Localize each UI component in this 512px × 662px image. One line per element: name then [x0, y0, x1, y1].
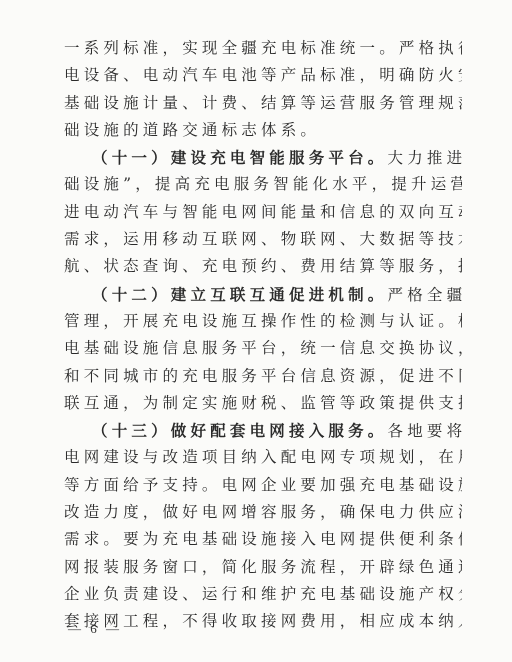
document-page: 一系列标准，实现全疆充电标准统一。严格执行国家出台的充换 电设备、电动汽车电池等… [64, 35, 462, 636]
section-heading: （十三）做好配套电网接入服务。 [92, 421, 388, 440]
text-line: 需求，运用移动互联网、物联网、大数据等技术，为用户提供充电导 [64, 226, 462, 253]
section-text: 各地要将充电基础设施配套 [388, 422, 462, 440]
text-line: 套接网工程，不得收取接网费用，相应成本纳入电网输配电成本统 [64, 608, 462, 635]
text-line: 改造力度，做好电网增容服务，确保电力供应满足充换电设施运营 [64, 499, 462, 526]
text-line: 电网建设与改造项目纳入配电网专项规划，在用地保障、廊道通行 [64, 444, 462, 471]
section-text: 大力推进“互联网十充电基 [388, 149, 462, 167]
section-heading: （十一）建设充电智能服务平台。 [92, 148, 388, 167]
text-line: 管理，开展充电设施互操作性的检测与认证。构建全疆统一的充 [64, 308, 462, 335]
text-line: 进电动汽车与智能电网间能量和信息的双向互动。鼓励围绕用户 [64, 199, 462, 226]
page-number: — 6 — [68, 621, 122, 637]
text-line: 基础设施计量、计费、结算等运营服务管理规范，加快建立充电基 [64, 90, 462, 117]
section-11-first-line: （十一）建设充电智能服务平台。大力推进“互联网十充电基 [64, 144, 462, 171]
section-heading: （十二）建立互联互通促进机制。 [92, 285, 388, 304]
text-line: 电设备、电动汽车电池等产品标准，明确防火安全要求。完善充电 [64, 62, 462, 89]
text-line: 航、状态查询、充电预约、费用结算等服务，拓展平台增值业务。 [64, 253, 462, 280]
section-text: 严格全疆充电设施产品准入 [388, 286, 462, 304]
text-line: 一系列标准，实现全疆充电标准统一。严格执行国家出台的充换 [64, 35, 462, 62]
text-line: 需求。要为充电基础设施接入电网提供便利条件，设置专用接入 [64, 526, 462, 553]
text-line: 等方面给予支持。电网企业要加强充电基础设施配套电网建设与 [64, 472, 462, 499]
text-line: 和不同城市的充电服务平台信息资源，促进不同充电服务平台互 [64, 363, 462, 390]
text-line: 电基础设施信息服务平台，统一信息交换协议，有效整合不同企业 [64, 335, 462, 362]
section-13-first-line: （十三）做好配套电网接入服务。各地要将充电基础设施配套 [64, 417, 462, 444]
text-line: 础设施的道路交通标志体系。 [64, 117, 462, 144]
section-12-first-line: （十二）建立互联互通促进机制。严格全疆充电设施产品准入 [64, 281, 462, 308]
text-line: 联互通，为制定实施财税、监管等政策提供支撑。 [64, 390, 462, 417]
text-line: 础设施”，提高充电服务智能化水平，提升运营效率和用户体验，促 [64, 171, 462, 198]
text-line: 企业负责建设、运行和维护充电基础设施产权分界点至电网的配 [64, 581, 462, 608]
text-line: 网报装服务窗口，简化服务流程，开辟绿色通道，限时办结。电网 [64, 554, 462, 581]
